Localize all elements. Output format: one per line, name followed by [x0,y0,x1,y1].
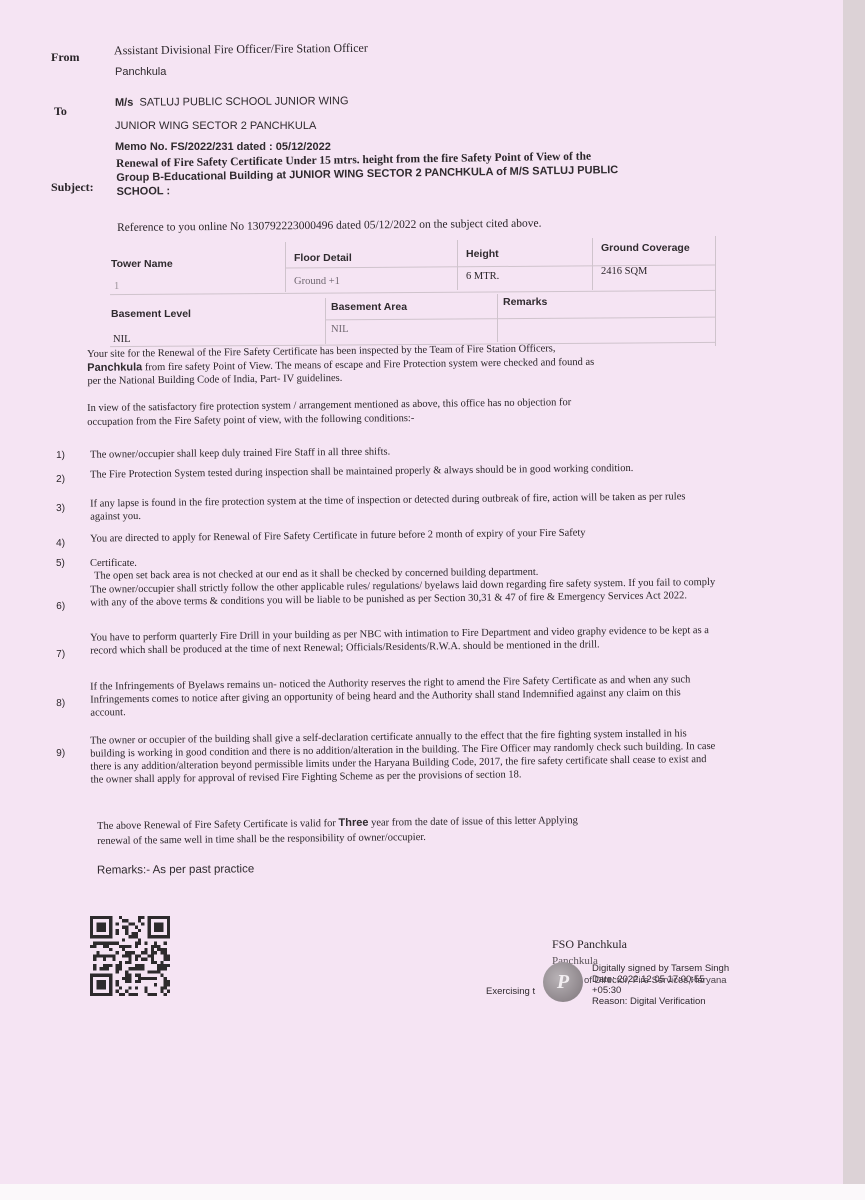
th-ground-coverage: Ground Coverage [601,242,690,254]
signature-reason: Reason: Digital Verification [592,996,729,1007]
to-label: To [54,104,67,119]
signatory-designation: of Director, Fire Services,Haryana [584,975,727,986]
td-height: 6 MTR. [466,271,499,282]
subject-text: Renewal of Fire Safety Certificate Under… [116,150,619,198]
para1-bold: Panchkula [87,361,142,374]
from-line1: Assistant Divisional Fire Officer/Fire S… [114,41,368,59]
signatory-office: FSO Panchkula [552,937,627,952]
digital-signature-block: Digitally signed by Tarsem Singh Date: 2… [592,963,729,1007]
th-basement-area: Basement Area [331,301,407,313]
condition-item: 8)If the Infringements of Byelaws remain… [56,673,716,720]
validity-years: Three [338,817,368,829]
td-basement-area: NIL [331,324,349,335]
to-line1: M/s SATLUJ PUBLIC SCHOOL JUNIOR WING [115,95,349,109]
th-tower-name: Tower Name [111,258,173,270]
th-basement-level: Basement Level [111,308,191,320]
from-label: From [51,50,79,65]
td-floor-detail: Ground +1 [294,276,340,287]
td-tower-name: 1 [114,281,119,292]
th-height: Height [466,248,499,260]
scan-edge [843,0,865,1184]
to-line2: JUNIOR WING SECTOR 2 PANCHKULA [115,120,316,132]
exercising-text: Exercising t [486,986,535,997]
th-remarks: Remarks [503,296,547,308]
inspection-paragraph: Your site for the Renewal of the Fire Sa… [87,340,727,388]
td-ground-coverage: 2416 SQM [601,266,647,277]
from-line2: Panchkula [115,66,166,78]
to-name: SATLUJ PUBLIC SCHOOL JUNIOR WING [139,95,348,108]
signed-by: Digitally signed by Tarsem Singh [592,963,729,974]
remarks-line: Remarks:- As per past practice [97,863,254,876]
th-floor-detail: Floor Detail [294,252,352,264]
memo-number: Memo No. FS/2022/231 dated : 05/12/2022 [115,141,331,153]
qr-code[interactable] [90,916,170,996]
to-prefix: M/s [115,97,133,109]
signature-timezone: +05:30 [592,985,729,996]
digital-signature-seal-icon: P [543,962,583,1002]
subject-label: Subject: [51,180,94,195]
condition-item: 9)The owner or occupier of the building … [56,727,717,787]
td-basement-level: NIL [113,334,131,345]
